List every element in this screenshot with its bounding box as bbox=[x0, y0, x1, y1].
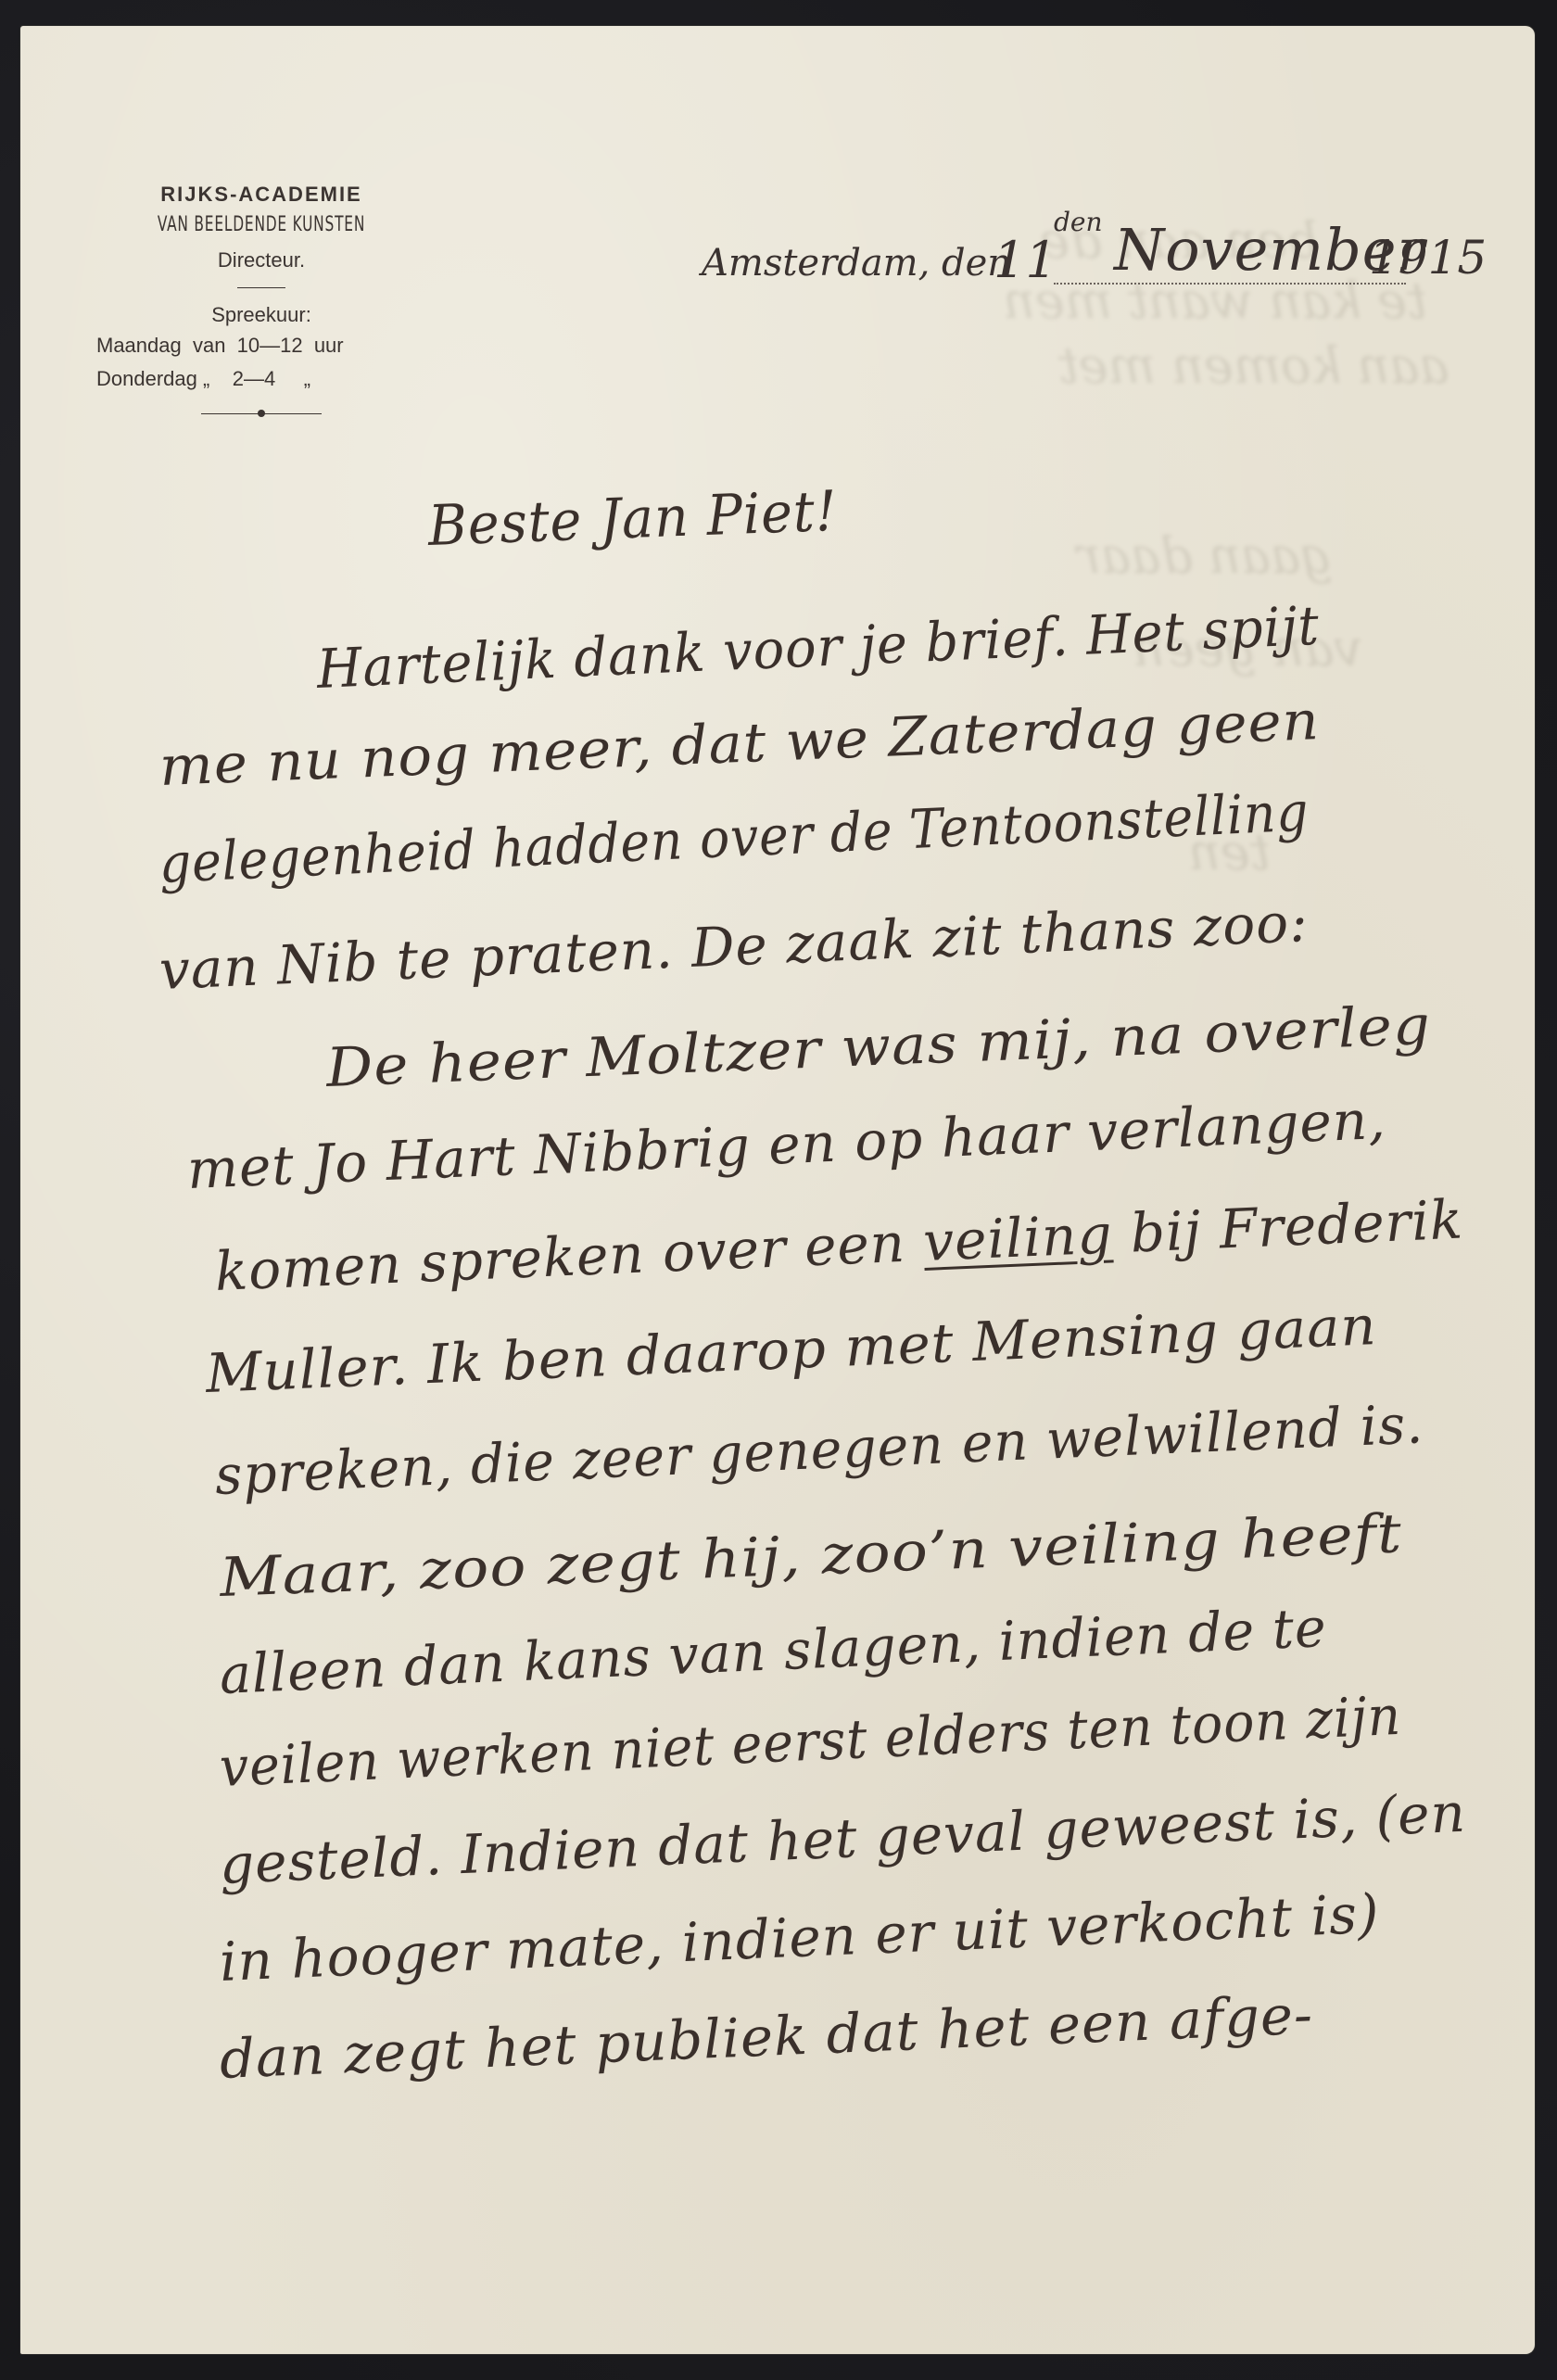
underlined-word: veiling bbox=[922, 1202, 1114, 1272]
ornament-dot-icon bbox=[258, 410, 265, 417]
letter-line: spreken, die zeer genegen en welwillend … bbox=[214, 1392, 1425, 1507]
letter-line: van Nib te praten. De zaak zit thans zoo… bbox=[158, 891, 1310, 1002]
role-title: Directeur. bbox=[76, 243, 447, 278]
letter-line: Hartelijk dank voor je brief. Het spijt bbox=[316, 594, 1321, 701]
date-place: Amsterdam, den bbox=[702, 242, 1011, 285]
letter-line: me nu nog meer, dat we Zaterdag geen bbox=[158, 689, 1322, 798]
bleed-through-text: gaan daar bbox=[1077, 526, 1333, 585]
office-hours-title: Spreekuur: bbox=[76, 301, 447, 329]
office-hours-thursday: Donderdag „ 2—4 „ bbox=[76, 362, 447, 396]
letter-line: in hooger mate, indien er uit verkocht i… bbox=[219, 1882, 1381, 1994]
letterhead: RIJKS-ACADEMIE VAN BEELDENDE KUNSTEN Dir… bbox=[76, 182, 447, 418]
letter-line: Muller. Ik ben daarop met Mensing gaan bbox=[205, 1294, 1378, 1405]
letter-line: gelegenheid hadden over de Tentoonstelli… bbox=[158, 780, 1310, 895]
date-day-suffix: den bbox=[1054, 207, 1103, 237]
letter-line-text: komen spreken over een bbox=[214, 1211, 907, 1303]
letter-line: Maar, zoo zegt hij, zoo’n veiling heeft bbox=[218, 1501, 1403, 1609]
office-hours-monday: Maandag van 10—12 uur bbox=[76, 329, 447, 362]
bleed-through-text: aan komen met bbox=[1058, 336, 1449, 395]
institution-name: RIJKS-ACADEMIE bbox=[76, 182, 447, 208]
letter-line: met Jo Hart Nibbrig en op haar verlangen… bbox=[186, 1088, 1387, 1201]
letter-line: dan zegt het publiek dat het een afge- bbox=[219, 1983, 1315, 2091]
divider bbox=[237, 287, 285, 288]
letter-line: veilen werken niet eerst elders ten toon… bbox=[219, 1684, 1403, 1799]
letter-sheet: ben aan de te kan want men aan komen met… bbox=[20, 26, 1535, 2354]
letter-line: gesteld. Indien dat het geval geweest is… bbox=[219, 1781, 1468, 1896]
letter-line-text: bij Frederik bbox=[1129, 1188, 1464, 1265]
date-day: 11 bbox=[994, 231, 1057, 289]
salutation: Beste Jan Piet! bbox=[427, 479, 839, 559]
letter-line: De heer Moltzer was mij, na overleg bbox=[324, 994, 1432, 1099]
letter-line: komen spreken over een veiling bij Frede… bbox=[214, 1188, 1465, 1303]
dateline: Amsterdam, den 11 den November 1915 bbox=[702, 225, 1517, 290]
date-year: 1915 bbox=[1369, 231, 1487, 285]
letter-line: alleen dan kans van slagen, indien de te bbox=[219, 1596, 1328, 1706]
institution-subtitle: VAN BEELDENDE KUNSTEN bbox=[117, 208, 406, 243]
ornament-divider bbox=[201, 409, 322, 418]
